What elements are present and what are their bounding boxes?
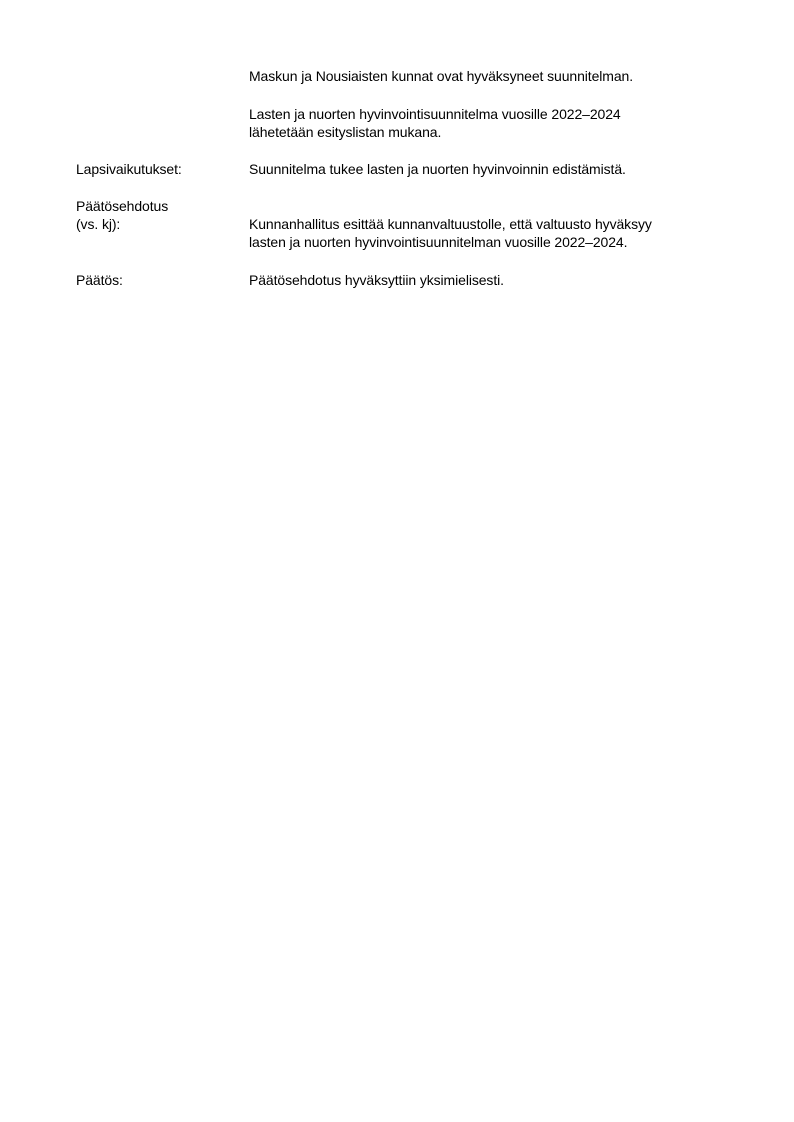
body-text-line-1: Kunnanhallitus esittää kunnanvaltuustoll… xyxy=(249,215,652,233)
label-text: Päätös: xyxy=(76,271,123,289)
section-label-child-impact: Lapsivaikutukset: xyxy=(76,160,182,178)
label-text-line-1: Päätösehdotus xyxy=(76,197,168,215)
section-label-decision: Päätös: xyxy=(76,271,123,289)
label-text: Lapsivaikutukset: xyxy=(76,160,182,178)
intro-paragraph-2: Lasten ja nuorten hyvinvointisuunnitelma… xyxy=(249,105,621,141)
document-page: Maskun ja Nousiaisten kunnat ovat hyväks… xyxy=(0,0,794,1122)
section-body-proposal: Kunnanhallitus esittää kunnanvaltuustoll… xyxy=(249,215,652,251)
body-text: Päätösehdotus hyväksyttiin yksimielisest… xyxy=(249,271,504,289)
section-body-decision: Päätösehdotus hyväksyttiin yksimielisest… xyxy=(249,271,504,289)
body-text: Suunnitelma tukee lasten ja nuorten hyvi… xyxy=(249,160,626,178)
section-body-child-impact: Suunnitelma tukee lasten ja nuorten hyvi… xyxy=(249,160,626,178)
intro-text-line-2: lähetetään esityslistan mukana. xyxy=(249,123,621,141)
body-text-line-2: lasten ja nuorten hyvinvointisuunnitelma… xyxy=(249,233,652,251)
intro-text: Maskun ja Nousiaisten kunnat ovat hyväks… xyxy=(249,67,633,85)
section-label-proposal: Päätösehdotus (vs. kj): xyxy=(76,197,168,233)
label-text-line-2: (vs. kj): xyxy=(76,215,168,233)
intro-text-line-1: Lasten ja nuorten hyvinvointisuunnitelma… xyxy=(249,105,621,123)
intro-paragraph-1: Maskun ja Nousiaisten kunnat ovat hyväks… xyxy=(249,67,633,85)
